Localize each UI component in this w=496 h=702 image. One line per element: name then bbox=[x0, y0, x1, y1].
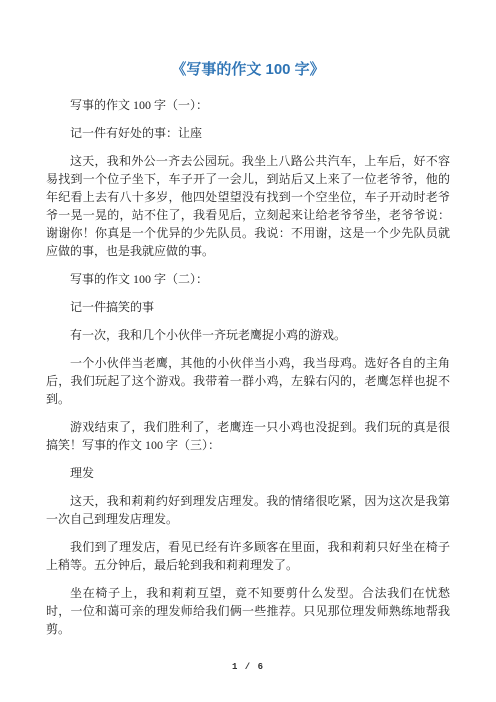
page-number-indicator: 1 / 6 bbox=[0, 662, 496, 672]
paragraph: 记一件搞笑的事 bbox=[46, 298, 450, 316]
paragraph: 有一次，我和几个小伙伴一齐玩老鹰捉小鸡的游戏。 bbox=[46, 326, 450, 344]
paragraph: 游戏结束了，我们胜利了，老鹰连一只小鸡也没捉到。我们玩的真是很搞笑！写事的作文 … bbox=[46, 418, 450, 454]
document-title: 《写事的作文 100 字》 bbox=[0, 0, 496, 80]
paragraph: 写事的作文 100 字（一）： bbox=[46, 96, 450, 114]
paragraph: 理发 bbox=[46, 464, 450, 482]
paragraph: 这天，我和外公一齐去公园玩。我坐上八路公共汽车，上车后，好不容易找到一个位子坐下… bbox=[46, 152, 450, 260]
paragraph: 我们到了理发店，看见已经有许多顾客在里面，我和莉莉只好坐在椅子上稍等。五分钟后，… bbox=[46, 538, 450, 574]
document-body: 写事的作文 100 字（一）：记一件有好处的事：让座这天，我和外公一齐去公园玩。… bbox=[46, 96, 450, 638]
paragraph: 坐在椅子上，我和莉莉互望，竟不知要剪什么发型。合法我们在忧愁时，一位和蔼可亲的理… bbox=[46, 584, 450, 638]
paragraph: 这天，我和莉莉约好到理发店理发。我的情绪很吃紧，因为这次是我第一次自己到理发店理… bbox=[46, 492, 450, 528]
document-page: 《写事的作文 100 字》 写事的作文 100 字（一）：记一件有好处的事：让座… bbox=[0, 0, 496, 702]
paragraph: 一个小伙伴当老鹰，其他的小伙伴当小鸡，我当母鸡。选好各自的主角后，我们玩起了这个… bbox=[46, 354, 450, 408]
paragraph: 记一件有好处的事：让座 bbox=[46, 124, 450, 142]
paragraph: 写事的作文 100 字（二）： bbox=[46, 270, 450, 288]
